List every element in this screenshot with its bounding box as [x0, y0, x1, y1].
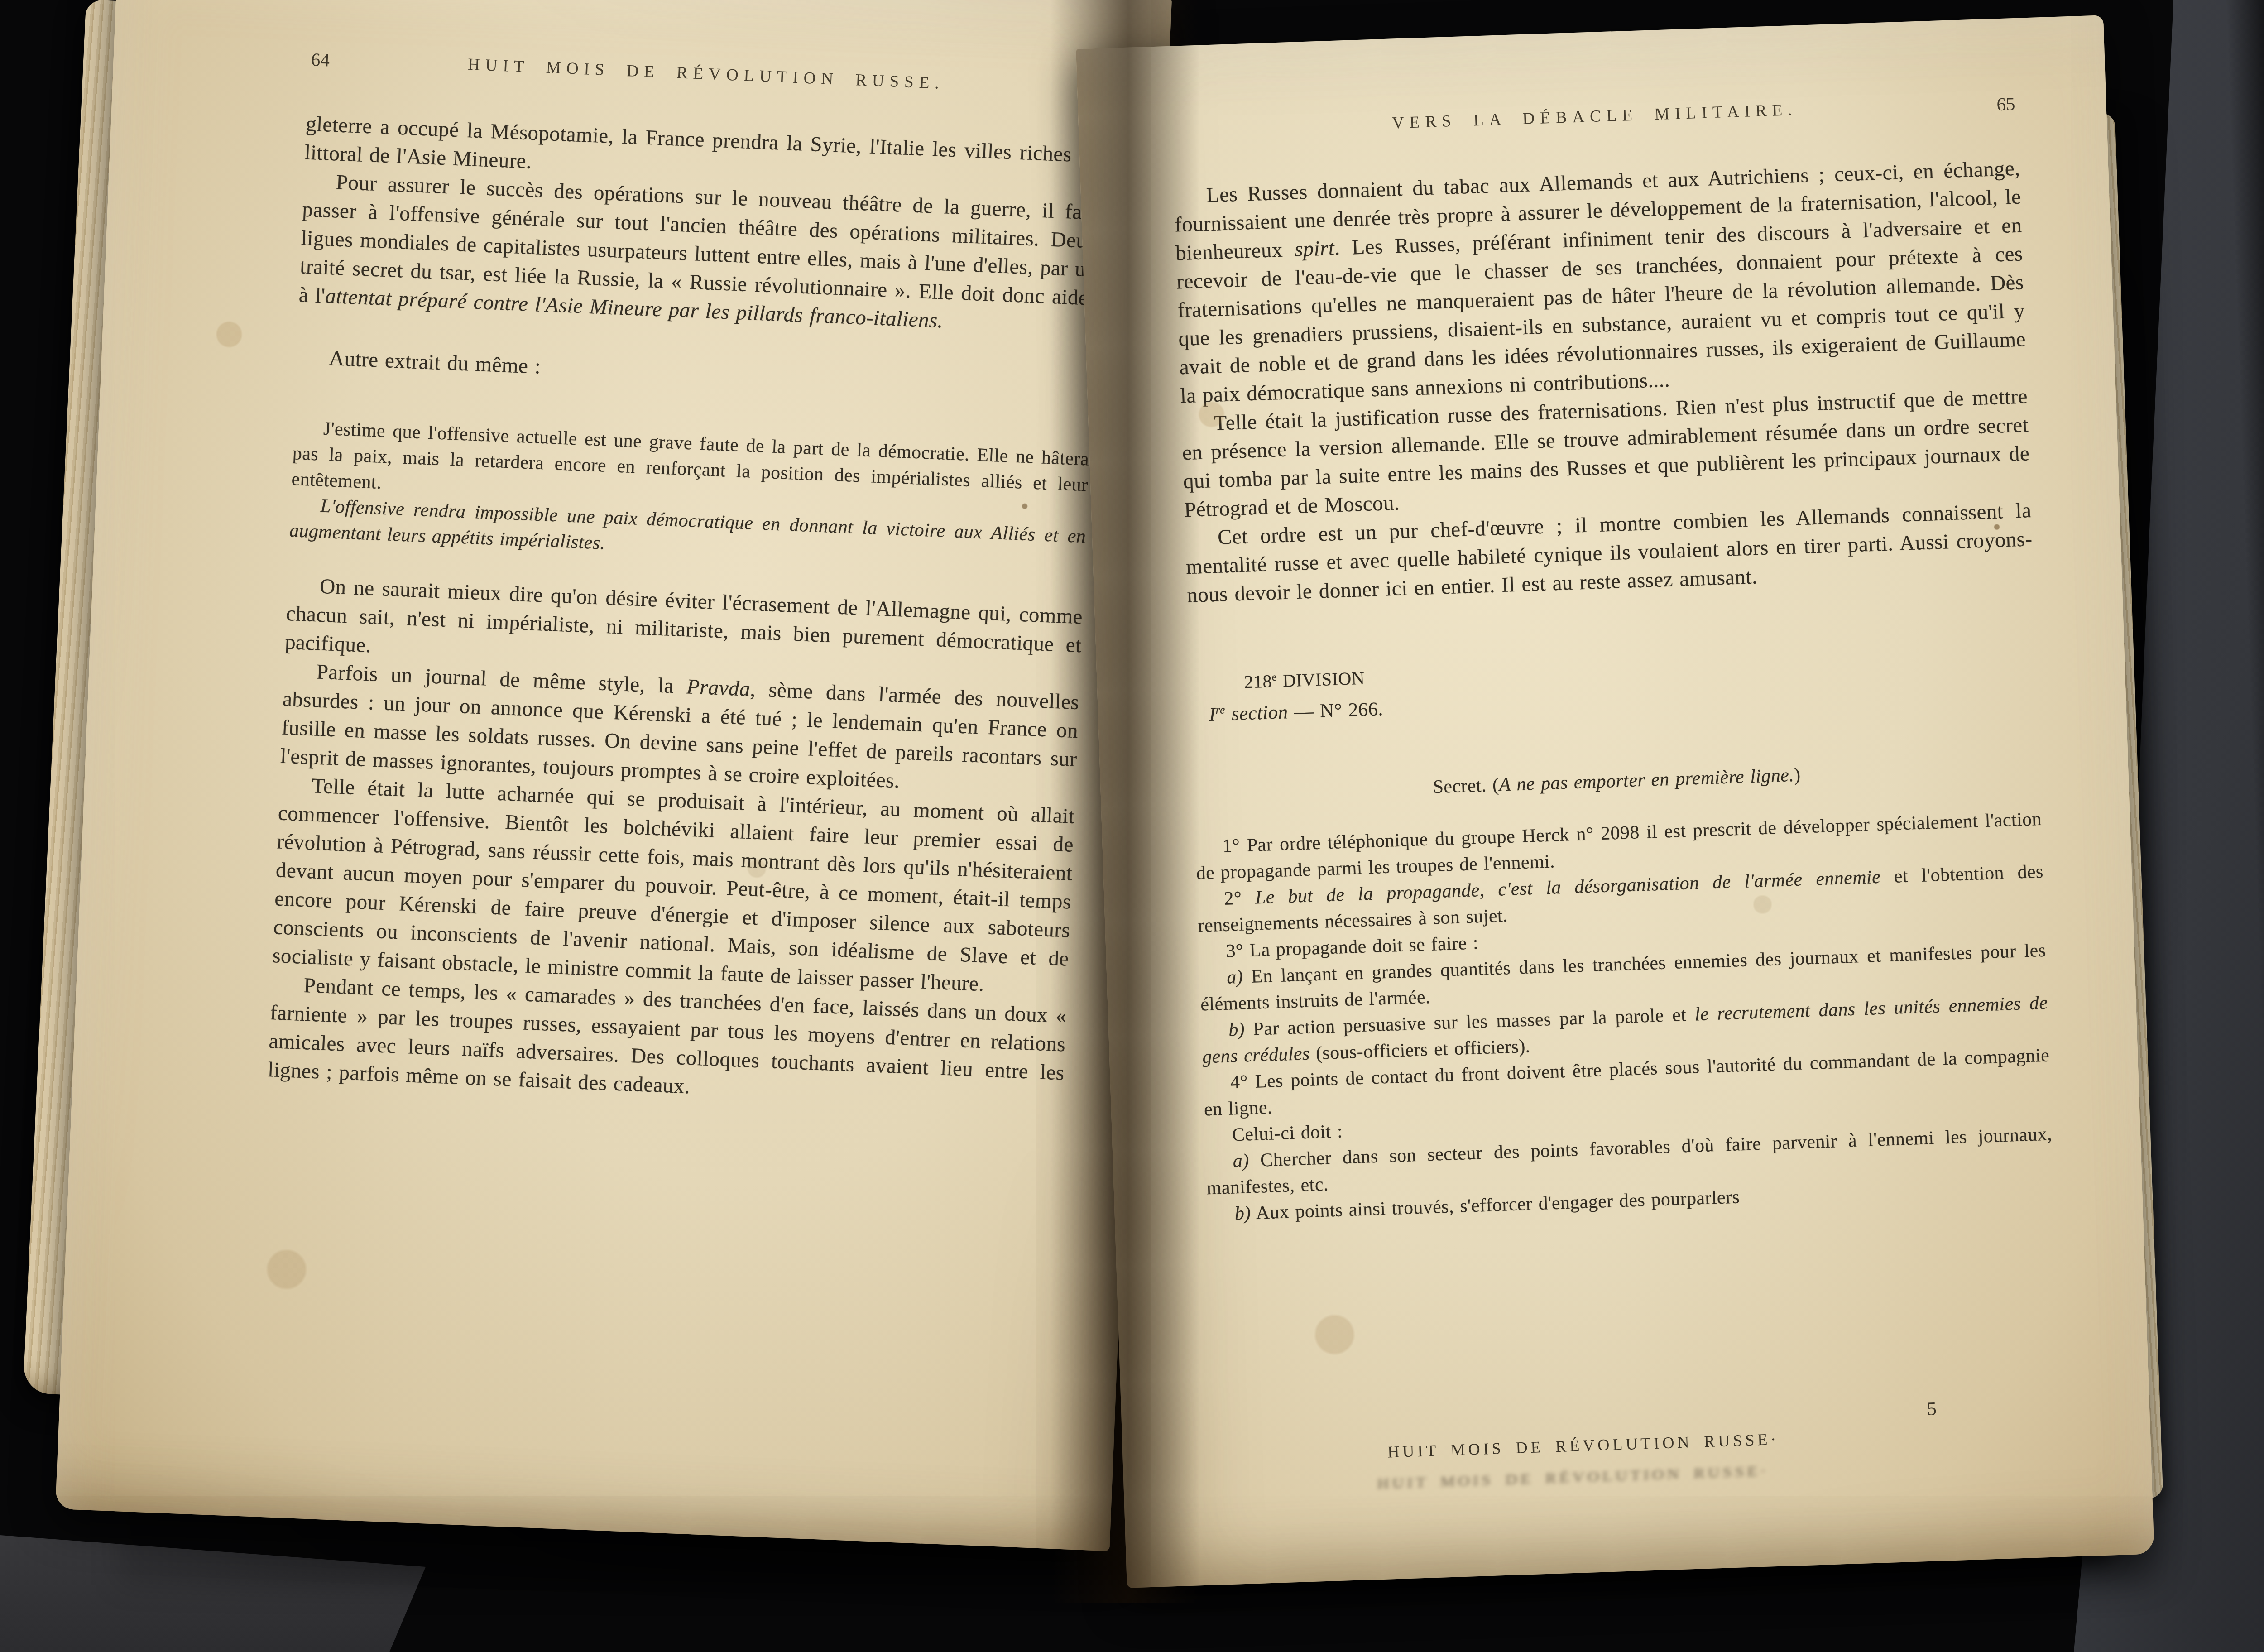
right-page-header: VERS LA DÉBACLE MILITAIRE. 65: [1171, 93, 2019, 162]
right-page-content: VERS LA DÉBACLE MILITAIRE. 65 Les Russes…: [1171, 93, 2054, 1228]
right-page-body: Les Russes donnaient du tabac aux Allema…: [1173, 154, 2054, 1228]
text-segment: J'estime que l'offensive actuelle est un…: [291, 418, 1089, 496]
text-segment: ): [1794, 764, 1801, 785]
left-page-number: 64: [311, 48, 330, 71]
text-segment: A ne pas emporter en première ligne.: [1499, 765, 1794, 796]
paragraph: Les Russes donnaient du tabac aux Allema…: [1173, 154, 2027, 411]
left-page: 64 HUIT MOIS DE RÉVOLUTION RUSSE. gleter…: [55, 0, 1172, 1551]
book-photo: 64 HUIT MOIS DE RÉVOLUTION RUSSE. gleter…: [0, 0, 2264, 1652]
text-segment: On ne saurait mieux dire qu'on désire év…: [284, 575, 1083, 658]
paragraph: Autre extrait du même :: [296, 343, 1092, 403]
left-page-body: gleterre a occupé la Mésopotamie, la Fra…: [267, 110, 1102, 1116]
text-segment: Telle était la lutte acharnée qui se pro…: [272, 774, 1075, 996]
text-segment: Autre extrait du même :: [329, 346, 542, 379]
right-running-head: VERS LA DÉBACLE MILITAIRE.: [1171, 93, 2018, 140]
text-segment: Secret. (: [1433, 774, 1499, 797]
signature-mark: 5: [1927, 1398, 1937, 1420]
left-running-head: HUIT MOIS DE RÉVOLUTION RUSSE.: [308, 48, 1104, 100]
text-segment: a): [1233, 1150, 1249, 1172]
paragraph: Secret. (A ne pas emporter en première l…: [1193, 754, 2040, 808]
paragraph: Telle était la lutte acharnée qui se pro…: [272, 770, 1075, 1002]
footer-catch-title: HUIT MOIS DE RÉVOLUTION RUSSE·: [1387, 1430, 1780, 1462]
text-segment: (sous-officiers et officiers).: [1309, 1036, 1530, 1064]
text-segment: b): [1234, 1203, 1251, 1224]
right-page-number: 65: [1996, 93, 2016, 115]
footer-ghost-showthrough: HUIT MOIS DE RÉVOLUTION RUSSE·: [1377, 1463, 1769, 1492]
text-segment: 2°: [1224, 887, 1256, 909]
text-segment: re: [1215, 703, 1225, 717]
text-segment: I: [1209, 704, 1216, 725]
text-segment: Pravda: [686, 675, 751, 701]
text-segment: b): [1228, 1019, 1245, 1040]
left-page-content: 64 HUIT MOIS DE RÉVOLUTION RUSSE. gleter…: [267, 48, 1104, 1116]
text-segment: — N° 266.: [1288, 699, 1384, 723]
text-segment: DIVISION: [1276, 668, 1365, 691]
right-page: VERS LA DÉBACLE MILITAIRE. 65 Les Russes…: [1076, 15, 2154, 1588]
text-segment: 218: [1244, 671, 1272, 692]
text-segment: spirt: [1294, 236, 1335, 261]
text-segment: a): [1227, 966, 1243, 988]
left-page-header: 64 HUIT MOIS DE RÉVOLUTION RUSSE.: [307, 48, 1104, 121]
text-segment: gleterre a occupé la Mésopotamie, la Fra…: [304, 112, 1102, 173]
text-segment: section: [1225, 702, 1288, 725]
text-segment: Celui-ci doit :: [1232, 1121, 1343, 1145]
